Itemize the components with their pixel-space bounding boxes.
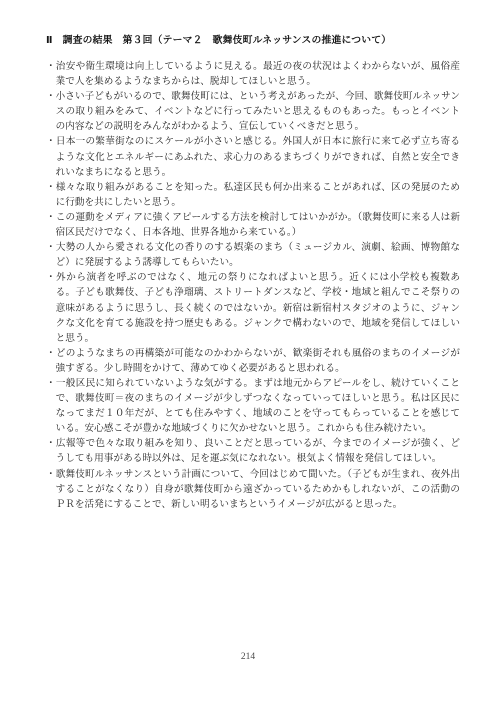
bullet-item: ・日本一の繁華街なのにスケールが小さいと感じる。外国人が日本に旅行に来て必ず立ち… xyxy=(46,134,460,179)
bullet-item: ・様々な取り組みがあることを知った。私達区民も何か出来ることがあれば、区の発展の… xyxy=(46,180,460,210)
bullet-item: ・小さい子どもがいるので、歌舞伎町には、という考えがあったが、今回、歌舞伎町ルネ… xyxy=(46,89,460,134)
bullet-item: ・広報等で色々な取り組みを知り、良いことだと思っているが、今までのイメージが強く… xyxy=(46,436,460,466)
bullet-item: ・外から演者を呼ぶのではなく、地元の祭りになればよいと思う。近くには小学校も複数… xyxy=(46,270,460,345)
bullet-item: ・どのようなまちの再構築が可能なのかわからないが、歓楽街それも風俗のまちのイメー… xyxy=(46,346,460,376)
bullet-item: ・一般区民に知られていないような気がする。まずは地元からアピールをし、続けていく… xyxy=(46,376,460,436)
bullet-item: ・大勢の人から愛される文化の香りのする娯楽のまち（ミュージカル、演劇、絵画、博物… xyxy=(46,240,460,270)
page-number: 214 xyxy=(0,651,496,663)
document-page: Ⅱ 調査の結果 第３回（テーマ２ 歌舞伎町ルネッサンスの推進について） ・治安や… xyxy=(0,0,496,702)
section-heading: Ⅱ 調査の結果 第３回（テーマ２ 歌舞伎町ルネッサンスの推進について） xyxy=(46,34,462,48)
bullet-item: ・この運動をメディアに強くアピールする方法を検討してはいかがか。（歌舞伎町に来る… xyxy=(46,210,460,240)
bullet-list: ・治安や衛生環境は向上しているように見える。最近の夜の状況はよくわからないが、風… xyxy=(46,59,460,512)
bullet-item: ・歌舞伎町ルネッサンスという計画について、今回はじめて聞いた。（子どもが生まれ、… xyxy=(46,467,460,512)
bullet-item: ・治安や衛生環境は向上しているように見える。最近の夜の状況はよくわからないが、風… xyxy=(46,59,460,89)
